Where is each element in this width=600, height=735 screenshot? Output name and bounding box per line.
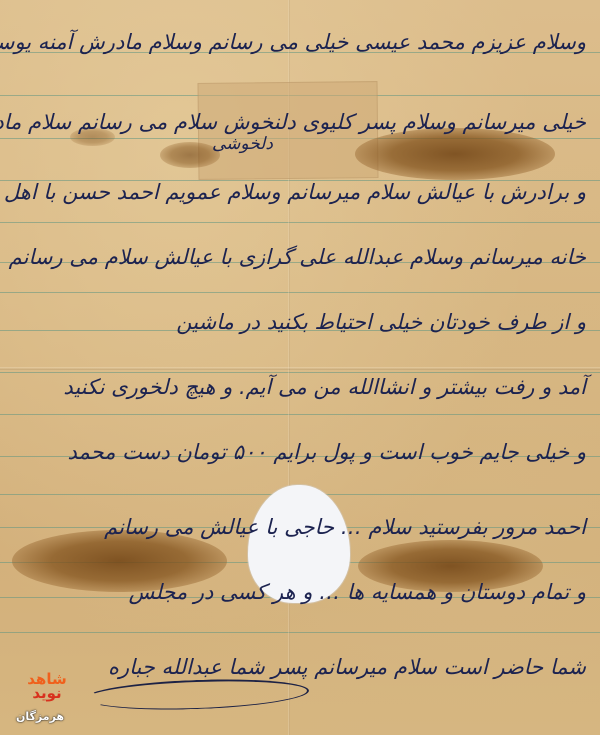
logo-main-text: نوید	[32, 684, 61, 702]
ruled-line	[0, 372, 600, 373]
paper-fold-horizontal	[0, 367, 600, 370]
watermark-logo: شاهد نوید هرمزگان	[12, 672, 74, 727]
ruled-line	[0, 292, 600, 293]
ruled-line	[0, 222, 600, 223]
signature-flourish	[85, 676, 310, 713]
letter-paper: وسلام عزیزم محمد عیسی خیلی می رسانم وسلا…	[0, 0, 600, 735]
letter-line-3: و برادرش با عیالش سلام میرسانم وسلام عمو…	[12, 180, 586, 204]
letter-line-1: وسلام عزیزم محمد عیسی خیلی می رسانم وسلا…	[12, 30, 586, 54]
letter-line-9: و تمام دوستان و همسایه ها … و هر کسی در …	[12, 580, 586, 604]
ruled-line	[0, 632, 600, 633]
letter-line-8: احمد مرور بفرستید سلام … حاجی با عیالش م…	[12, 515, 586, 539]
stain	[355, 128, 555, 180]
logo-title: شاهد نوید	[20, 672, 74, 700]
letter-line-5: و از طرف خودتان خیلی احتیاط بکنید در ماش…	[12, 310, 586, 334]
letter-line-7: و خیلی جایم خوب است و پول برایم ۵۰۰ توما…	[12, 440, 586, 464]
letter-line-4: خانه میرسانم وسلام عبدالله علی گرازی با …	[12, 245, 586, 269]
letter-line-10: شما حاضر است سلام میرسانم پسر شما عبدالل…	[12, 655, 586, 679]
ruled-line	[0, 414, 600, 415]
stain	[160, 142, 220, 168]
letter-insert: دلخوشی	[212, 134, 273, 154]
letter-line-6: آمد و رفت بیشتر و انشاالله من می آیم. و …	[12, 375, 586, 399]
logo-region-text: هرمزگان	[16, 710, 64, 723]
letter-line-2: خیلی میرسانم وسلام پسر کلیوی دلنخوش سلام…	[12, 110, 586, 134]
